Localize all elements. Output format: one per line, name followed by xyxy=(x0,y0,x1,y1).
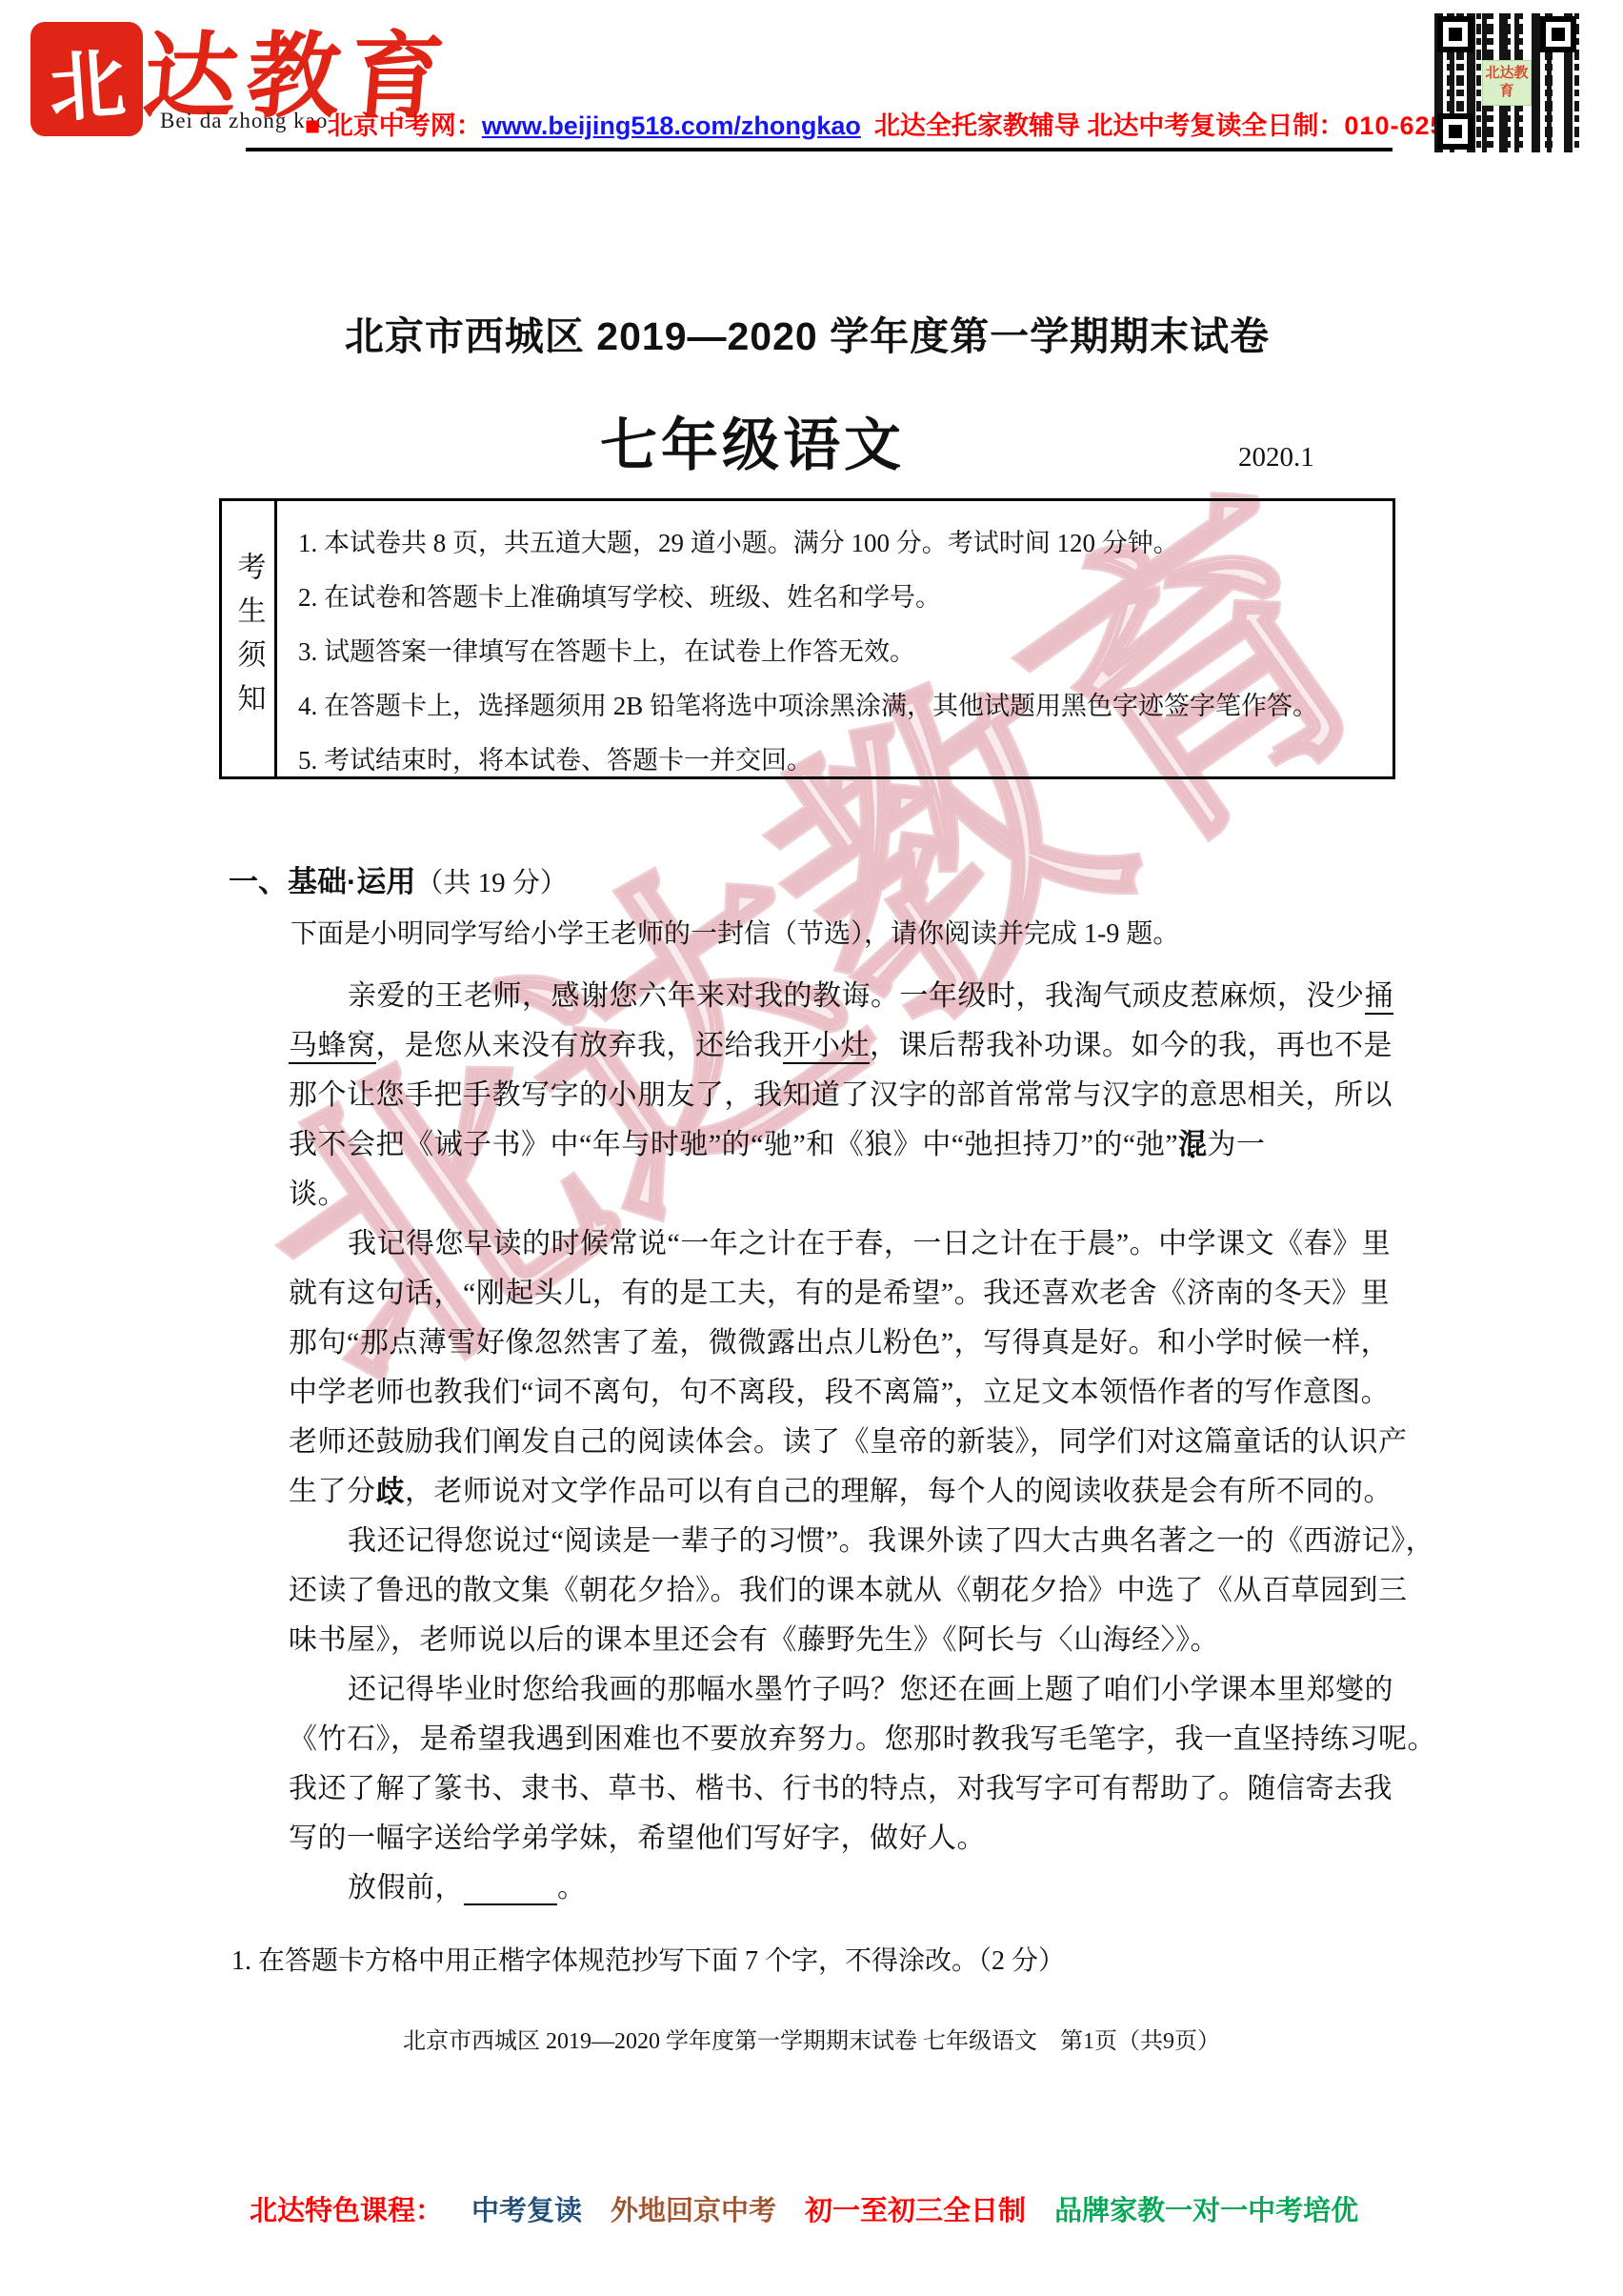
qr-center-label: 北达教育 xyxy=(1482,60,1532,106)
header-contact-bar: ■ 北京中考网：www.beijing518.com/zhongkao北达全托家… xyxy=(305,105,1522,142)
letter-text-segment: 我记得您早读的时候常说“一年之计在于春，一日之计在于晨”。中学课文《春》里 xyxy=(348,1228,1391,1259)
notice-side-label-cell: 考生须知 xyxy=(222,501,277,776)
letter-line: 我记得您早读的时候常说“一年之计在于春，一日之计在于晨”。中学课文《春》里 xyxy=(289,1219,1417,1269)
section-heading-score: （共 19 分） xyxy=(415,868,568,898)
letter-line: 那个让您手把手教写字的小朋友了，我知道了汉字的部首常常与汉字的意思相关，所以 xyxy=(289,1071,1417,1120)
letter-text-segment: 马蜂窝 xyxy=(289,1030,376,1064)
letter-line: 谈。 xyxy=(289,1170,1417,1219)
exam-date: 2020.1 xyxy=(1238,442,1314,473)
exam-paper-page: 北 达教育 Bei da zhong kao ■ 北京中考网：www.beiji… xyxy=(0,0,1623,2296)
banner-course-segment: 中考复读 xyxy=(471,2196,582,2226)
letter-line: 老师还鼓励我们阐发自己的阅读体会。读了《皇帝的新装》，同学们对这篇童话的认识产 xyxy=(289,1418,1417,1467)
letter-text-segment: 我还了解了篆书、隶书、草书、楷书、行书的特点，对我写字可有帮助了。随信寄去我 xyxy=(289,1773,1393,1804)
letter-line: 马蜂窝，是您从来没有放弃我，还给我开小灶，课后帮我补功课。如今的我，再也不是 xyxy=(289,1021,1417,1071)
letter-line: 就有这句话，“刚起头儿，有的是工夫，有的是希望”。我还喜欢老舍《济南的冬天》里 xyxy=(289,1269,1417,1319)
letter-line: 那句“那点薄雪好像忽然害了羞，微微露出点儿粉色”，写得真是好。和小学时候一样， xyxy=(289,1319,1417,1368)
banner-course-segment: 外地回京中考 xyxy=(611,2196,776,2226)
letter-line: 还记得毕业时您给我画的那幅水墨竹子吗？您还在画上题了咱们小学课本里郑燮的 xyxy=(289,1665,1417,1715)
bottom-course-banner: 北达特色课程：中考复读外地回京中考初一至初三全日制品牌家教一对一中考培优 xyxy=(250,2189,1387,2228)
letter-text-segment: ，是您从来没有放弃我，还给我 xyxy=(376,1030,783,1061)
letter-line: 我还记得您说过“阅读是一辈子的习惯”。我课外读了四大古典名著之一的《西游记》， xyxy=(289,1517,1417,1566)
letter-line: 我还了解了篆书、隶书、草书、楷书、行书的特点，对我写字可有帮助了。随信寄去我 xyxy=(289,1764,1417,1814)
header-divider xyxy=(246,148,1393,151)
letter-text-segment: ，老师说对文学作品可以有自己的理解，每个人的阅读收获是会有所不同的。 xyxy=(405,1476,1393,1507)
notice-item-2: 2. 在试卷和答题卡上准确填写学校、班级、姓名和学号。 xyxy=(298,576,941,614)
letter-text-segment: 亲爱的王老师，感谢您六年来对我的教诲。一年级时，我淘气顽皮惹麻烦，没少 xyxy=(348,980,1365,1012)
notice-item-1: 1. 本试卷共 8 页，共五道大题，29 道小题。满分 100 分。考试时间 1… xyxy=(298,522,1179,559)
question-1: 1. 在答题卡方格中用正楷字体规范抄写下面 7 个字，不得涂改。（2 分） xyxy=(231,1940,1065,1978)
section-heading: 一、基础·运用（共 19 分） xyxy=(229,857,568,900)
site-link[interactable]: www.beijing518.com/zhongkao xyxy=(482,111,861,140)
section-heading-main: 一、基础·运用 xyxy=(229,865,415,898)
logo-brand-subtext: Bei da zhong kao xyxy=(160,109,328,133)
letter-text-segment: 就有这句话，“刚起头儿，有的是工夫，有的是希望”。我还喜欢老舍《济南的冬天》里 xyxy=(289,1278,1390,1309)
letter-line: 味书屋》，老师说以后的课本里还会有《藤野先生》《阿长与〈山海经〉》。 xyxy=(289,1616,1417,1665)
banner-course-segment: 北达特色课程： xyxy=(250,2196,443,2226)
letter-text-segment: 味书屋》，老师说以后的课本里还会有《藤野先生》《阿长与〈山海经〉》。 xyxy=(289,1624,1219,1656)
notice-item-4: 4. 在答题卡上，选择题须用 2B 铅笔将选中项涂黑涂满，其他试题用黑色字迹签字… xyxy=(298,685,1318,722)
letter-text-segment: 还记得毕业时您给我画的那幅水墨竹子吗？您还在画上题了咱们小学课本里郑燮的 xyxy=(348,1674,1393,1705)
letter-line: 我不会把《诫子书》中“年与时驰”的“驰”和《狼》中“弛担持刀”的“弛”混为一 xyxy=(289,1120,1417,1170)
candidate-notice-box: 考生须知 1. 本试卷共 8 页，共五道大题，29 道小题。满分 100 分。考… xyxy=(219,498,1395,779)
qr-finder-icon xyxy=(1540,16,1576,52)
letter-text-segment: 那句“那点薄雪好像忽然害了羞，微微露出点儿粉色”，写得真是好。和小学时候一样， xyxy=(289,1327,1390,1359)
qr-code: 北达教育 xyxy=(1434,13,1579,152)
qr-finder-icon xyxy=(1437,113,1473,150)
logo-seal-char: 北 xyxy=(45,22,129,136)
letter-line: 亲爱的王老师，感谢您六年来对我的教诲。一年级时，我淘气顽皮惹麻烦，没少捅 xyxy=(289,972,1417,1021)
letter-text-segment: 放假前， xyxy=(348,1872,464,1903)
letter-text-segment: 《竹石》，是希望我遇到困难也不要放弃努力。您那时教我写毛笔字，我一直坚持练习呢。 xyxy=(289,1723,1436,1755)
letter-line: 还读了鲁迅的散文集《朝花夕拾》。我们的课本就从《朝花夕拾》中选了《从百草园到三 xyxy=(289,1566,1417,1616)
letter-text-segment: 开小灶 xyxy=(783,1030,871,1064)
section-intro: 下面是小明同学写给小学王老师的一封信（节选），请你阅读并完成 1-9 题。 xyxy=(291,913,1179,951)
banner-course-segment: 品牌家教一对一中考培优 xyxy=(1054,2196,1358,2226)
letter-text-segment: 歧 xyxy=(376,1476,406,1507)
letter-text-segment: ，课后帮我补功课。如今的我，再也不是 xyxy=(870,1030,1393,1061)
letter-line: 放假前，。 xyxy=(289,1863,1417,1913)
letter-text-segment: 我不会把《诫子书》中“年与时驰”的“驰”和《狼》中“弛担持刀”的“弛” xyxy=(289,1129,1178,1160)
header-tagline: 北达全托家教辅导 北达中考复读全日制： xyxy=(874,111,1345,140)
letter-text-segment: 谈。 xyxy=(289,1178,347,1210)
logo-seal-icon: 北 xyxy=(33,25,140,133)
notice-item-5: 5. 考试结束时，将本试卷、答题卡一并交回。 xyxy=(298,739,812,776)
site-label: ■ 北京中考网： xyxy=(305,111,482,140)
qr-finder-icon xyxy=(1437,16,1473,52)
exam-title: 北京市西城区 2019—2020 学年度第一学期期末试卷 xyxy=(219,305,1395,361)
notice-item-3: 3. 试题答案一律填写在答题卡上，在试卷上作答无效。 xyxy=(298,631,915,668)
letter-line: 《竹石》，是希望我遇到困难也不要放弃努力。您那时教我写毛笔字，我一直坚持练习呢。 xyxy=(289,1715,1417,1764)
letter-text-segment: 捅 xyxy=(1365,980,1394,1015)
exam-subject-title: 七年级语文 xyxy=(219,400,1286,482)
letter-text-segment: 还读了鲁迅的散文集《朝花夕拾》。我们的课本就从《朝花夕拾》中选了《从百草园到三 xyxy=(289,1575,1408,1606)
letter-text-segment: 。 xyxy=(557,1872,587,1903)
letter-text-segment: 写的一幅字送给学弟学妹，希望他们写好字，做好人。 xyxy=(289,1823,986,1854)
letter-text-segment: 老师还鼓励我们阐发自己的阅读体会。读了《皇帝的新装》，同学们对这篇童话的认识产 xyxy=(289,1426,1408,1458)
letter-text-segment: 为一 xyxy=(1208,1129,1266,1160)
page-footer: 北京市西城区 2019—2020 学年度第一学期期末试卷 七年级语文 第1页（共… xyxy=(0,2022,1623,2055)
banner-course-segment: 初一至初三全日制 xyxy=(805,2196,1026,2226)
letter-body: 亲爱的王老师，感谢您六年来对我的教诲。一年级时，我淘气顽皮惹麻烦，没少捅马蜂窝，… xyxy=(289,972,1417,1913)
letter-text-segment: 我还记得您说过“阅读是一辈子的习惯”。我课外读了四大古典名著之一的《西游记》， xyxy=(348,1525,1434,1557)
letter-text-segment: 混 xyxy=(1178,1129,1208,1160)
notice-side-label: 考生须知 xyxy=(228,552,270,727)
letter-text-segment: 中学老师也教我们“词不离句，句不离段，段不离篇”，立足文本领悟作者的写作意图。 xyxy=(289,1377,1390,1408)
letter-line: 生了分歧，老师说对文学作品可以有自己的理解，每个人的阅读收获是会有所不同的。 xyxy=(289,1467,1417,1517)
letter-line: 写的一幅字送给学弟学妹，希望他们写好字，做好人。 xyxy=(289,1814,1417,1863)
blank-line xyxy=(464,1869,557,1905)
letter-text-segment: 生了分 xyxy=(289,1476,376,1507)
letter-text-segment: 那个让您手把手教写字的小朋友了，我知道了汉字的部首常常与汉字的意思相关，所以 xyxy=(289,1079,1393,1111)
letter-line: 中学老师也教我们“词不离句，句不离段，段不离篇”，立足文本领悟作者的写作意图。 xyxy=(289,1368,1417,1418)
